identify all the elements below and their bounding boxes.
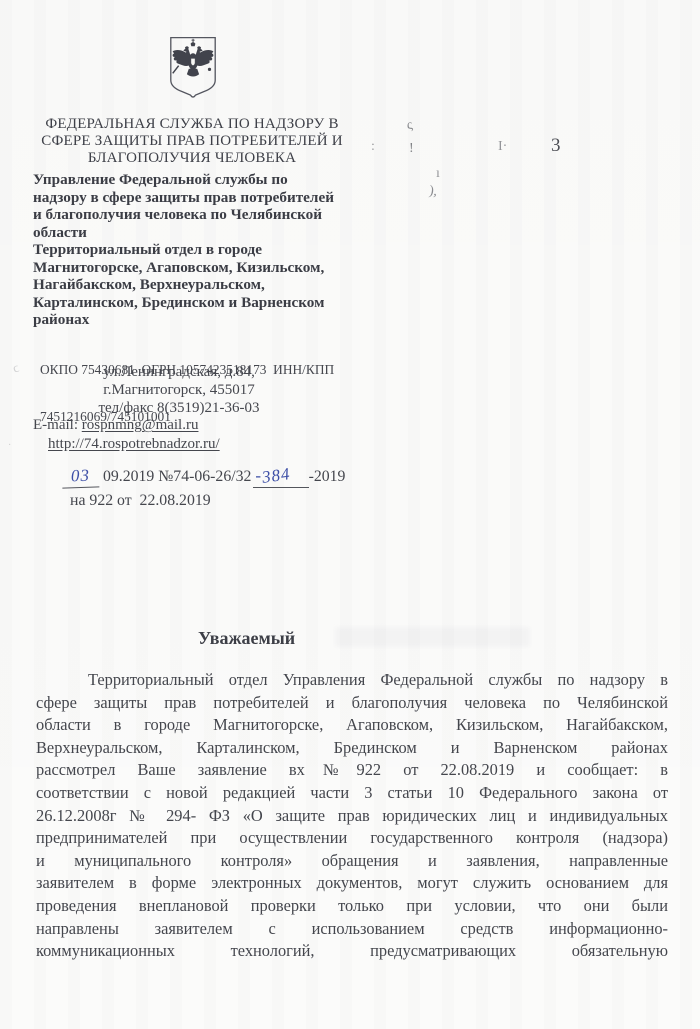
email-label: E-mail: [33,417,82,433]
body-line: предпринимателей при осуществлении госуд… [36,828,668,851]
body-line: области в городе Магнитогорске, Агаповск… [36,715,668,738]
reply-to-line: на 922 от 22.08.2019 [70,492,211,510]
phone-line: тел/факс 8(3519)21-36-03 [33,400,325,418]
handwritten-number: -384 [253,466,308,488]
division-line: надзору в сфере защиты прав потребителей [33,189,363,207]
body-line: рассмотрел Ваше заявление вх№922 от 22.0… [36,760,668,783]
email-line: E-mail: rospnmng@mail.ru [33,417,198,434]
reference-year-printed: -2019 [309,468,346,485]
agency-name: ФЕДЕРАЛЬНАЯ СЛУЖБА ПО НАДЗОРУ В СФЕРЕ ЗА… [33,116,351,167]
division-line: Карталинском, Брединском и Варненском [33,294,363,312]
stamp-fragment: 3 [551,135,561,157]
scan-speck: · [8,440,11,451]
division-line: Магнитогорске, Агаповском, Кизильском, [33,259,363,277]
division-line: Территориальный отдел в городе [33,241,363,259]
reference-line: 03 09.2019 №74-06-26/32-384-2019 [62,466,345,488]
stamp-fragment: ı [436,166,440,182]
body-line: сфере защиты прав потребителей и благопо… [36,693,668,716]
address-line: г.Магнитогорск, 455017 [33,382,325,400]
body-line: и муниципального контроля» обращения и з… [36,851,668,874]
reference-number-printed: 09.2019 №74-06-26/32 [99,468,251,485]
pencil-mark: ϲ [11,359,21,376]
agency-line: БЛАГОПОЛУЧИЯ ЧЕЛОВЕКА [33,150,351,167]
stamp-fragment: ς [405,118,414,135]
agency-line: СФЕРЕ ЗАЩИТЫ ПРАВ ПОТРЕБИТЕЛЕЙ И [33,133,351,150]
body-line: коммуникационных технологий, предусматри… [36,941,668,964]
postal-address: ул.Ленинградская, д.84, г.Магнитогорск, … [33,364,325,417]
division-line: и благополучия человека по Челябинской [33,206,363,224]
body-line: Территориальный отдел Управления Федерал… [36,670,668,693]
stamp-fragment: ! [409,141,414,157]
body-line: 26.12.2008г № 294- ФЗ «О защите прав юри… [36,806,668,829]
division-line: районах [33,311,363,329]
handwritten-day: 03 [62,465,100,488]
agency-line: ФЕДЕРАЛЬНАЯ СЛУЖБА ПО НАДЗОРУ В [33,116,351,133]
stamp-fragment: Ι· [498,139,507,155]
redacted-name-smudge [335,627,530,647]
stamp-fragment: ), [428,184,438,201]
body-line: проведения внеплановой проверки только п… [36,896,668,919]
address-line: ул.Ленинградская, д.84, [33,364,325,382]
body-line: соответствии с новой редакцией части 3 с… [36,783,668,806]
body-paragraph: Территориальный отдел Управления Федерал… [36,670,668,964]
greeting: Уважаемый [198,628,295,649]
division-name: Управление Федеральной службы по надзору… [33,171,363,329]
scanned-letter-page: ς : ! Ι· 3 ı ), ϲ · ФЕДЕРАЛЬНАЯ СЛУЖБА П… [0,0,700,1029]
body-line: Верхнеуральском, Карталинском, Брединско… [36,738,668,761]
body-line: заявителем в форме электронных документо… [36,873,668,896]
website-url: http://74.rospotrebnadzor.ru/ [48,436,220,452]
division-line: Управление Федеральной службы по [33,171,363,189]
division-line: Нагайбакском, Верхнеуральском, [33,276,363,294]
division-line: области [33,224,363,242]
email-address: rospnmng@mail.ru [82,417,199,433]
website-line: http://74.rospotrebnadzor.ru/ [48,436,220,453]
stamp-fragment: : [371,139,375,155]
coat-of-arms-icon [163,34,223,106]
body-line: направлены заявителем с использованием с… [36,919,668,942]
